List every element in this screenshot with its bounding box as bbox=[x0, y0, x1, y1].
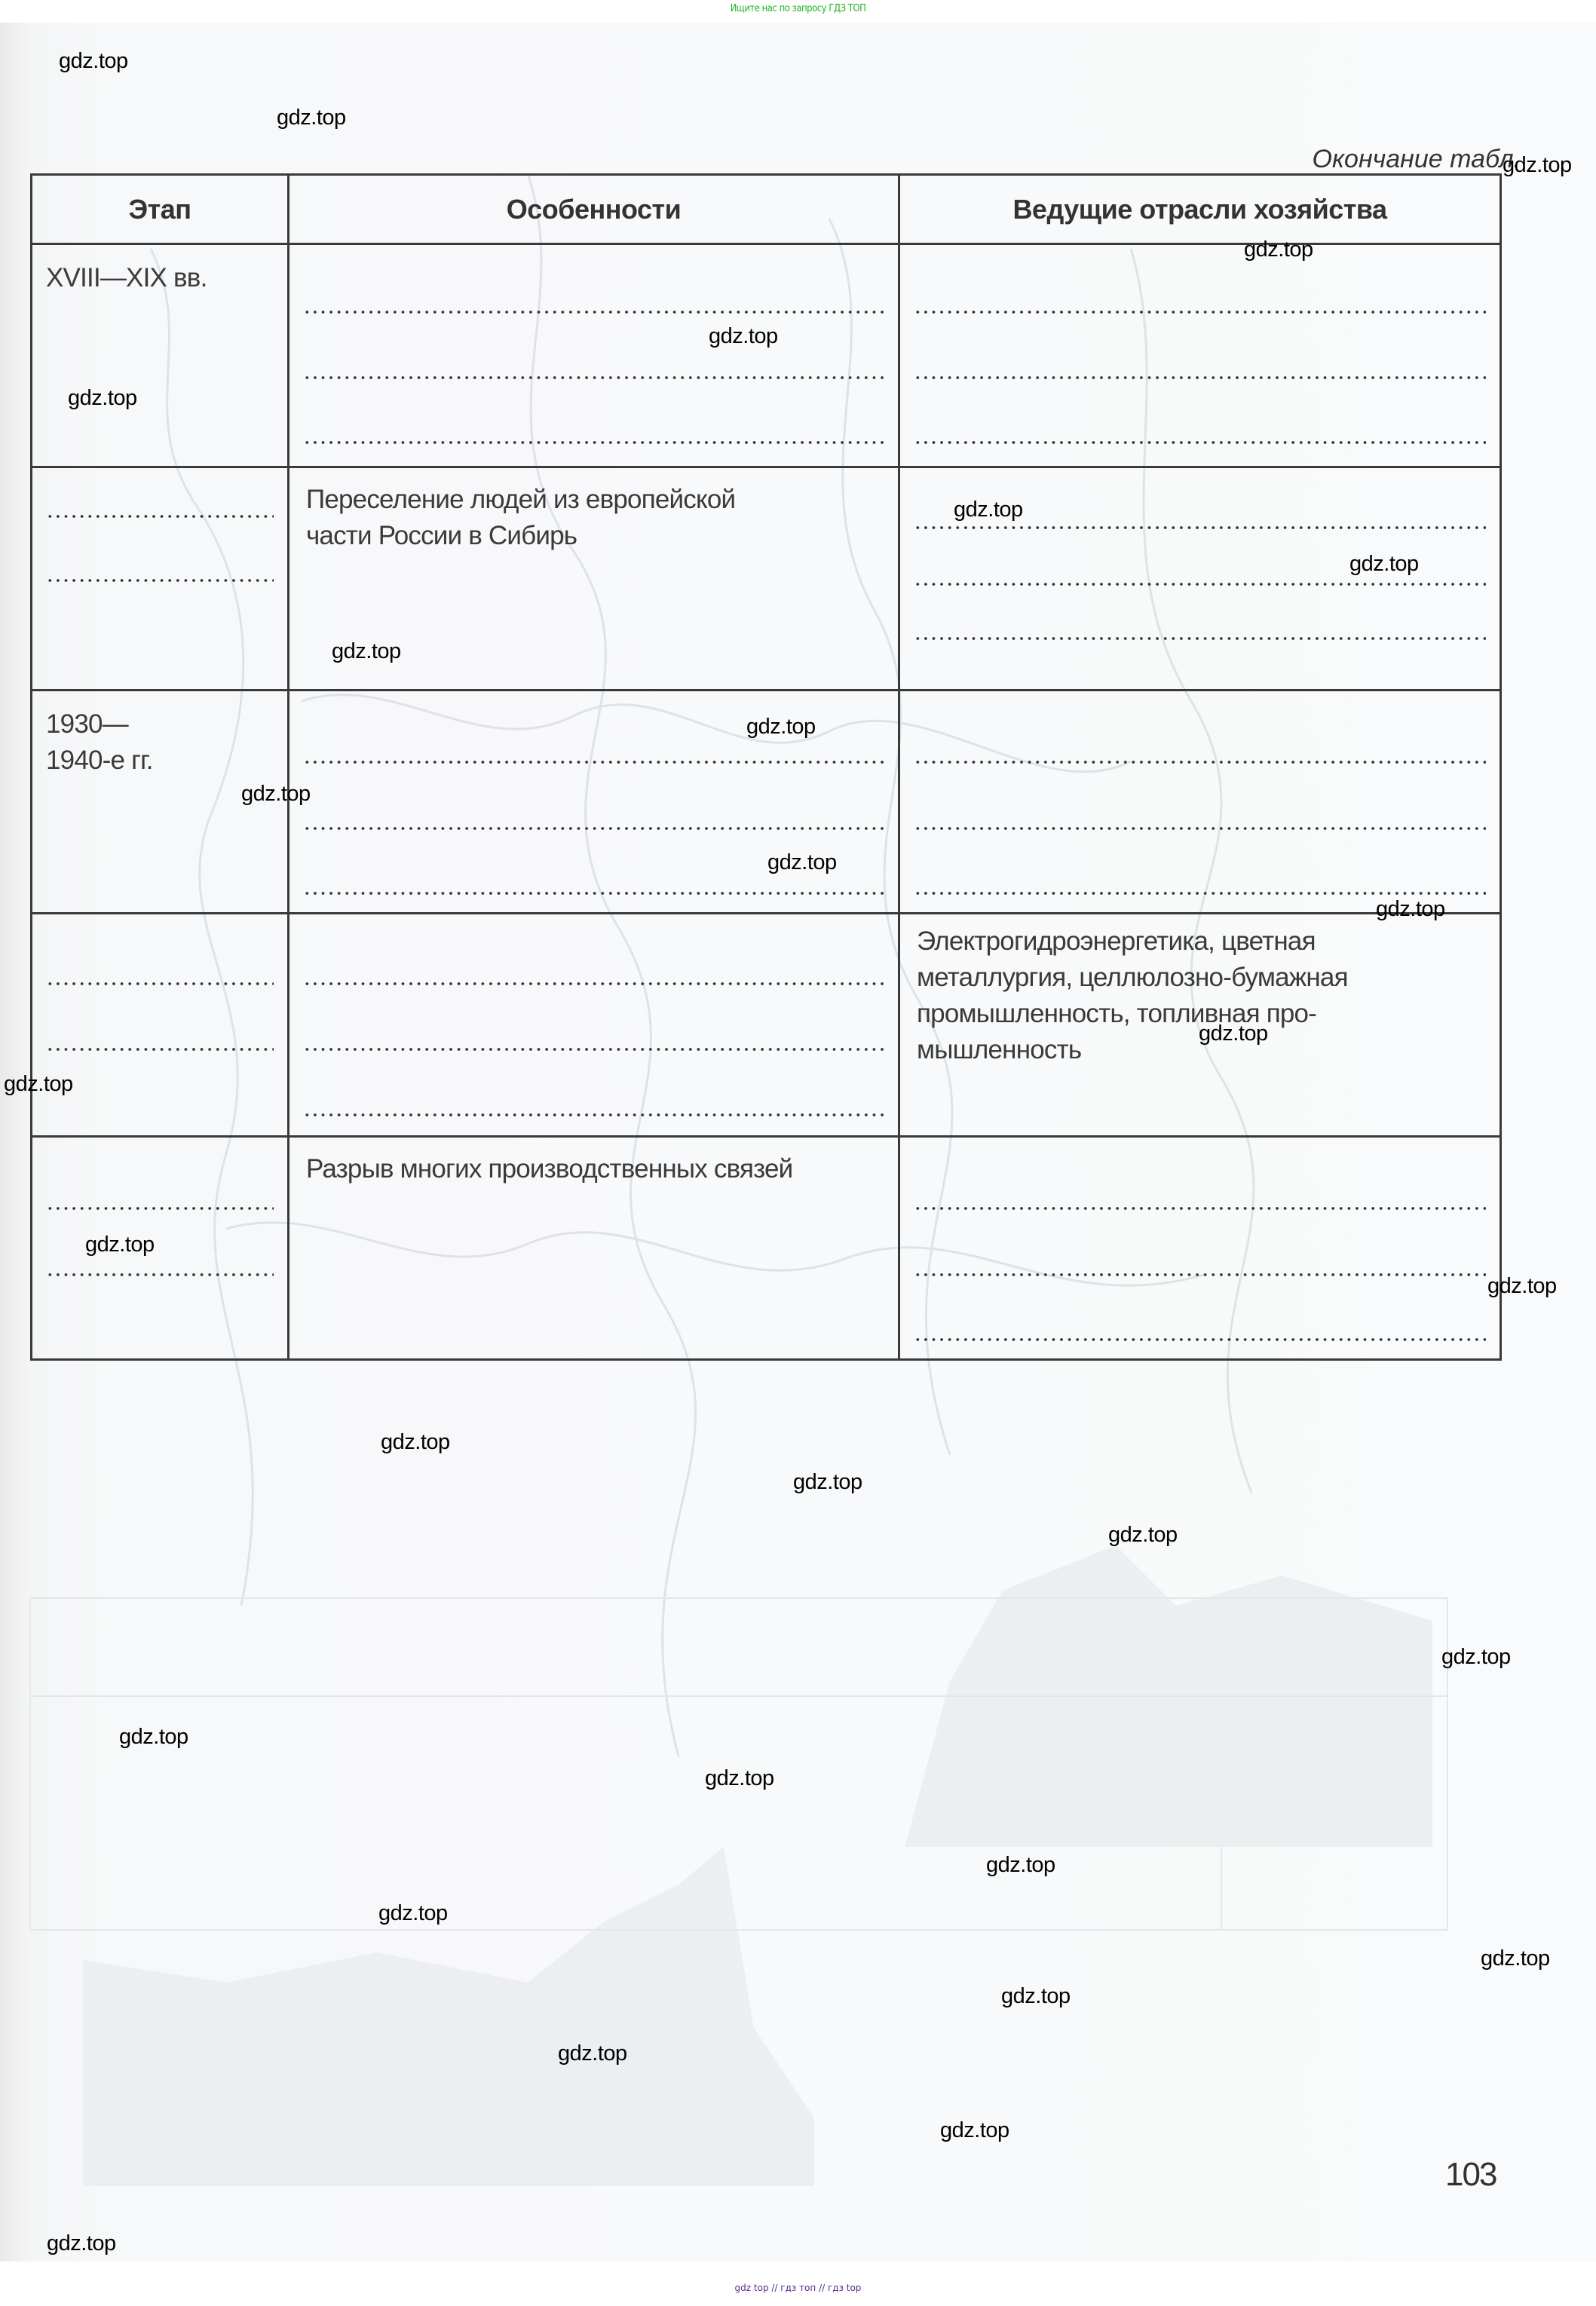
watermark: gdz.top bbox=[378, 1901, 448, 1926]
watermark: gdz.top bbox=[1441, 1645, 1511, 1670]
answer-line[interactable] bbox=[914, 375, 1486, 381]
stage-cell bbox=[32, 1137, 289, 1360]
industries-cell bbox=[899, 1137, 1501, 1360]
header-industries: Ведущие отрасли хозяйства bbox=[899, 175, 1501, 244]
table-header-row: Этап Особенности Ведущие отрасли хозяйст… bbox=[32, 175, 1501, 244]
economic-stages-table: Этап Особенности Ведущие отрасли хозяйст… bbox=[30, 173, 1502, 1361]
answer-line[interactable] bbox=[303, 439, 884, 446]
page-number: 103 bbox=[1445, 2156, 1496, 2194]
table-row: XVIII—XIX вв. bbox=[32, 244, 1501, 467]
answer-line[interactable] bbox=[303, 759, 884, 765]
watermark: gdz.top bbox=[1503, 153, 1572, 178]
watermark: gdz.top bbox=[241, 782, 311, 807]
watermark: gdz.top bbox=[1108, 1523, 1178, 1548]
answer-line[interactable] bbox=[46, 981, 274, 987]
answer-line[interactable] bbox=[914, 759, 1486, 765]
features-text: Переселение людей из европейской части Р… bbox=[306, 482, 773, 554]
features-text: Разрыв многих производственных связей bbox=[306, 1151, 849, 1187]
table-row: Разрыв многих производственных связей bbox=[32, 1137, 1501, 1360]
answer-line[interactable] bbox=[46, 1272, 274, 1278]
stage-label: XVIII—XIX вв. bbox=[46, 260, 275, 296]
stage-label: 1930— 1940-е гг. bbox=[46, 706, 197, 779]
watermark: gdz.top bbox=[59, 49, 128, 74]
answer-line[interactable] bbox=[303, 1046, 884, 1052]
watermark: gdz.top bbox=[986, 1853, 1055, 1878]
header-features: Особенности bbox=[289, 175, 899, 244]
watermark: gdz.top bbox=[1199, 1021, 1268, 1046]
watermark: gdz.top bbox=[746, 715, 816, 740]
watermark: gdz.top bbox=[709, 324, 778, 349]
watermark: gdz.top bbox=[4, 1072, 73, 1097]
answer-line[interactable] bbox=[303, 1112, 884, 1118]
watermark: gdz.top bbox=[558, 2041, 627, 2066]
stage-cell bbox=[32, 914, 289, 1137]
watermark: gdz.top bbox=[1481, 1946, 1550, 1971]
watermark: gdz.top bbox=[940, 2118, 1009, 2143]
watermark: gdz.top bbox=[793, 1470, 862, 1495]
header-stage: Этап bbox=[32, 175, 289, 244]
watermark: gdz.top bbox=[47, 2231, 116, 2256]
industries-cell bbox=[899, 244, 1501, 467]
answer-line[interactable] bbox=[914, 525, 1486, 531]
industries-text: Электрогидроэнергетика, цветная металлур… bbox=[917, 923, 1475, 1068]
answer-line[interactable] bbox=[914, 1272, 1486, 1278]
watermark: gdz.top bbox=[277, 106, 346, 130]
table-continuation-caption: Окончание табл. bbox=[1313, 145, 1521, 174]
watermark: gdz.top bbox=[954, 498, 1023, 522]
stage-cell bbox=[32, 467, 289, 691]
table-row: Электрогидроэнергетика, цветная металлур… bbox=[32, 914, 1501, 1137]
watermark: gdz.top bbox=[705, 1766, 774, 1791]
answer-line[interactable] bbox=[303, 890, 884, 896]
features-cell bbox=[289, 244, 899, 467]
answer-line[interactable] bbox=[46, 577, 274, 583]
industries-cell bbox=[899, 691, 1501, 914]
features-cell: Разрыв многих производственных связей bbox=[289, 1137, 899, 1360]
answer-line[interactable] bbox=[914, 1337, 1486, 1343]
features-cell bbox=[289, 914, 899, 1137]
watermark: gdz.top bbox=[1376, 897, 1445, 922]
table-row: Переселение людей из европейской части Р… bbox=[32, 467, 1501, 691]
answer-line[interactable] bbox=[303, 981, 884, 987]
answer-line[interactable] bbox=[46, 1046, 274, 1052]
top-banner: Ищите нас по запросу ГДЗ ТОП bbox=[0, 3, 1596, 14]
answer-line[interactable] bbox=[303, 825, 884, 831]
watermark: gdz.top bbox=[1349, 552, 1419, 577]
answer-line[interactable] bbox=[303, 309, 884, 315]
watermark: gdz.top bbox=[332, 639, 401, 664]
watermark: gdz.top bbox=[381, 1430, 450, 1455]
answer-line[interactable] bbox=[914, 825, 1486, 831]
watermark: gdz.top bbox=[119, 1725, 188, 1750]
watermark: gdz.top bbox=[68, 386, 137, 411]
watermark: gdz.top bbox=[85, 1233, 155, 1257]
answer-line[interactable] bbox=[914, 890, 1486, 896]
watermark: gdz.top bbox=[1001, 1984, 1071, 2009]
answer-line[interactable] bbox=[914, 581, 1486, 587]
answer-line[interactable] bbox=[914, 1205, 1486, 1211]
answer-line[interactable] bbox=[914, 309, 1486, 315]
answer-line[interactable] bbox=[914, 635, 1486, 642]
answer-line[interactable] bbox=[46, 1205, 274, 1211]
watermark: gdz.top bbox=[1244, 237, 1313, 262]
answer-line[interactable] bbox=[303, 375, 884, 381]
answer-line[interactable] bbox=[46, 513, 274, 519]
stage-cell: XVIII—XIX вв. bbox=[32, 244, 289, 467]
answer-line[interactable] bbox=[914, 439, 1486, 446]
watermark: gdz.top bbox=[767, 850, 837, 875]
bottom-banner: gdz top // гдз топ // гдз top bbox=[0, 2283, 1596, 2293]
watermark: gdz.top bbox=[1487, 1274, 1557, 1299]
